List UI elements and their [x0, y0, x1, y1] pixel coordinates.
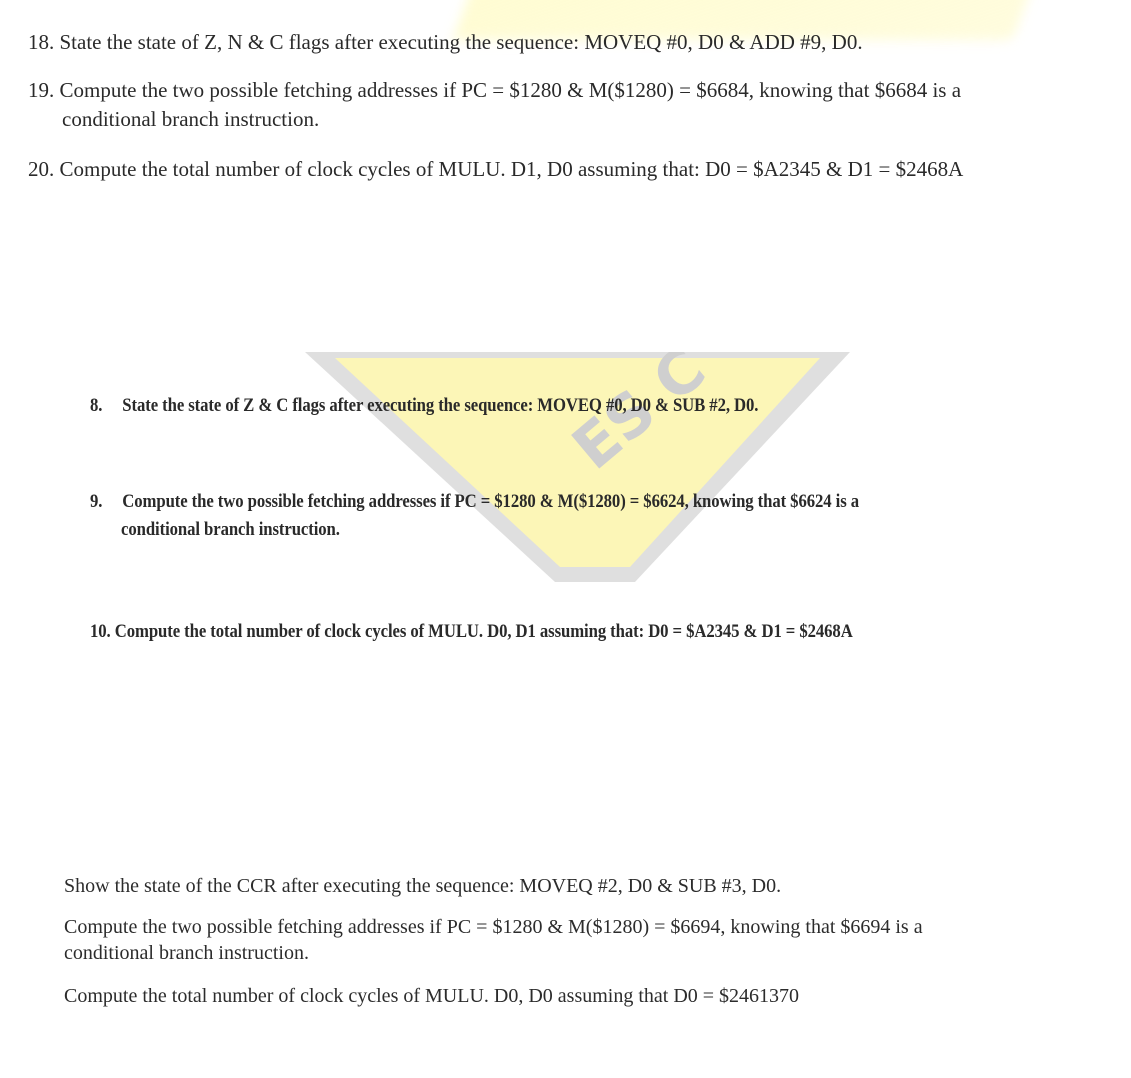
- fetch-address-question-cont: conditional branch instruction.: [64, 941, 309, 965]
- ccr-question: Show the state of the CCR after executin…: [64, 874, 781, 898]
- question-text: State the state of Z & C flags after exe…: [122, 395, 758, 416]
- watermark-logo: ES C: [305, 352, 850, 582]
- question-text: State the state of Z, N & C flags after …: [60, 30, 863, 54]
- question-8: 8. State the state of Z & C flags after …: [90, 394, 758, 418]
- question-text: Compute the total number of clock cycles…: [115, 621, 853, 642]
- question-text: Compute the two possible fetching addres…: [122, 491, 859, 512]
- question-9-cont: conditional branch instruction.: [121, 518, 340, 542]
- question-19-cont: conditional branch instruction.: [62, 107, 319, 131]
- question-20: 20. Compute the total number of clock cy…: [28, 157, 963, 181]
- mulu-question: Compute the total number of clock cycles…: [64, 984, 799, 1008]
- question-19: 19. Compute the two possible fetching ad…: [28, 78, 1090, 102]
- question-number: 20.: [28, 157, 54, 181]
- question-number: 10.: [90, 620, 111, 644]
- question-9: 9. Compute the two possible fetching add…: [90, 490, 859, 514]
- question-number: 19.: [28, 78, 54, 102]
- question-number: 18.: [28, 30, 54, 54]
- question-number: 8.: [90, 394, 118, 418]
- question-number: 9.: [90, 490, 118, 514]
- question-10: 10. Compute the total number of clock cy…: [90, 620, 853, 644]
- question-18: 18. State the state of Z, N & C flags af…: [28, 30, 863, 54]
- fetch-address-question: Compute the two possible fetching addres…: [64, 915, 923, 939]
- question-text: Compute the total number of clock cycles…: [60, 157, 964, 181]
- question-text: Compute the two possible fetching addres…: [60, 78, 962, 102]
